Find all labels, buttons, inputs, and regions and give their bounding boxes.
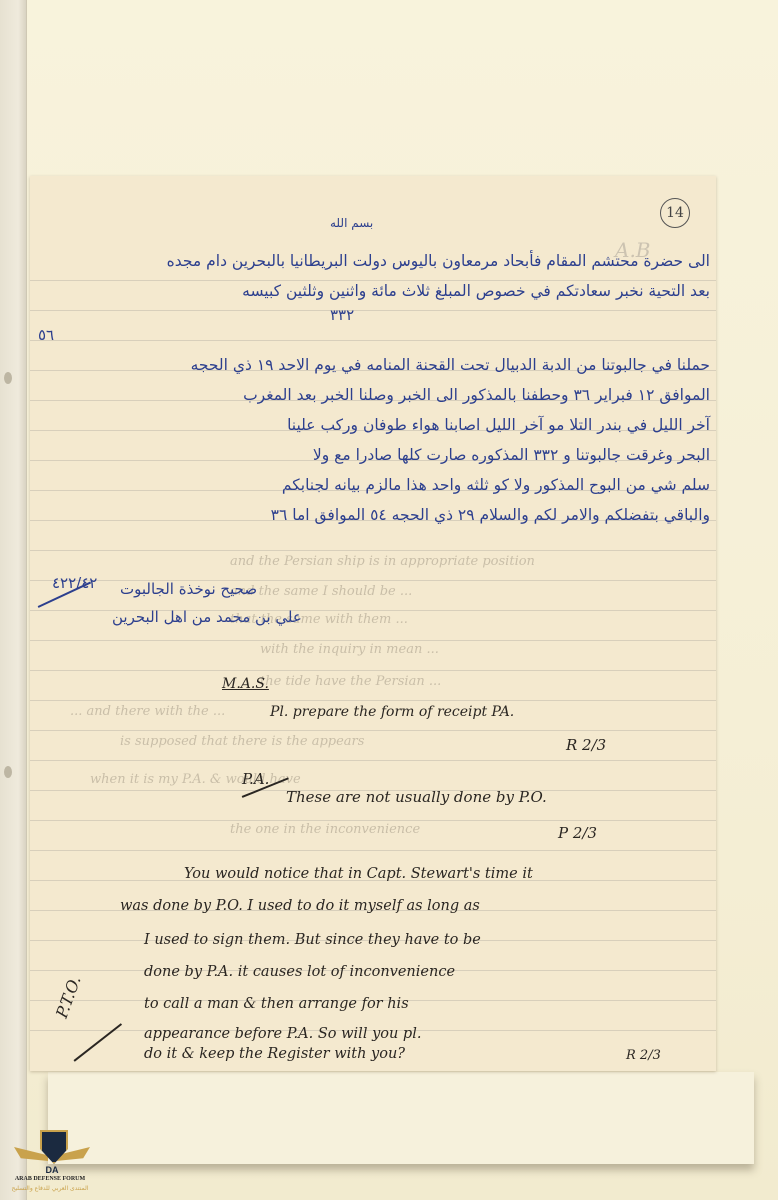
watermark-logo: DA ARAB DEFENSE FORUM المنتدى العربي للد… xyxy=(8,1125,92,1200)
minute-note: do it & keep the Register with you? xyxy=(144,1046,405,1062)
letter-line: حملنا في جالبوتنا من الدبة الدبيال تحت ا… xyxy=(191,356,710,374)
watermark-title: ARAB DEFENSE FORUM xyxy=(8,1176,92,1182)
minute-note: I used to sign them. But since they have… xyxy=(144,932,481,948)
rule-line xyxy=(30,820,716,821)
margin-figure: ٥٦ xyxy=(38,326,54,344)
watermark-subtitle: المنتدى العربي للدفاع والتسليح xyxy=(8,1185,92,1192)
rule-line xyxy=(30,700,716,701)
rule-line xyxy=(30,340,716,341)
pto-mark: P.T.O. xyxy=(52,973,85,1020)
amount-figure: ٣٣٢ xyxy=(330,306,354,324)
rule-line xyxy=(30,550,716,551)
minute-initials: P 2/3 xyxy=(558,824,597,842)
letter-sheet: and the Persian ship is in appropriate p… xyxy=(30,176,716,1071)
minute-initials: R 2/3 xyxy=(566,736,606,754)
punch-hole xyxy=(4,766,12,778)
minute-note: You would notice that in Capt. Stewart's… xyxy=(184,866,533,882)
minute-initials: M.A.S. xyxy=(222,676,269,692)
minute-note: appearance before P.A. So will you pl. xyxy=(144,1026,421,1042)
signature-line: علي بن محمد من اهل البحرين xyxy=(112,608,302,626)
letter-line: الى حضرة محتشم المقام فأبحاد مرمعاون بال… xyxy=(167,252,710,270)
letter-line: البحر وغرقت جالبوتنا و ٣٣٢ المذكوره صارت… xyxy=(313,446,710,464)
bleed-through-text: the one in the inconvenience xyxy=(230,822,420,837)
bleed-through-text: ... and there with the ... xyxy=(70,704,225,719)
minute-note: to call a man & then arrange for his xyxy=(144,996,409,1012)
letter-heading: بسم الله xyxy=(330,216,373,230)
minute-note: Pl. prepare the form of receipt PA. xyxy=(270,704,514,720)
minute-note-text: These are not usually done by P.O. xyxy=(286,788,547,806)
minute-note: was done by P.O. I used to do it myself … xyxy=(120,898,480,914)
rule-line xyxy=(30,310,716,311)
bleed-through-text: with the inquiry in mean ... xyxy=(260,642,439,657)
minute-note: These are not usually done by P.O. xyxy=(286,788,547,806)
binding-left-leaf xyxy=(0,0,27,1200)
rule-line xyxy=(30,850,716,851)
letter-line: سلم شي من البوح المذكور ولا كو ثلثه واحد… xyxy=(282,476,710,494)
minute-note: done by P.A. it causes lot of inconvenie… xyxy=(144,964,455,980)
bleed-through-text: and the same I should be ... xyxy=(230,584,412,599)
punch-hole xyxy=(4,372,12,384)
pto-stroke xyxy=(74,1023,122,1061)
rule-line xyxy=(30,730,716,731)
rule-line xyxy=(30,280,716,281)
rule-line xyxy=(30,670,716,671)
bleed-through-text: and the Persian ship is in appropriate p… xyxy=(230,554,535,569)
letter-line: والباقي بتفضلكم والامر لكم والسلام ٢٩ ذي… xyxy=(271,506,710,524)
underlying-sheet xyxy=(48,1072,754,1164)
rule-line xyxy=(30,640,716,641)
rule-line xyxy=(30,760,716,761)
signature-line: صحيح نوخذة الجالبوت xyxy=(120,580,257,598)
folio-number: 14 xyxy=(660,198,690,228)
letter-line: بعد التحية نخبر سعادتكم في خصوص المبلغ ث… xyxy=(242,282,710,300)
logo-emblem: DA xyxy=(40,1165,64,1175)
letter-line: الموافق ١٢ فبراير ٣٦ وحطفنا بالمذكور الى… xyxy=(243,386,710,404)
bleed-through-text: the tide have the Persian ... xyxy=(260,674,441,689)
bleed-through-text: is supposed that there is the appears xyxy=(120,734,364,749)
letter-line: آخر الليل في بندر التلا مو آخر الليل اصا… xyxy=(287,416,710,434)
minute-initials: R 2/3 xyxy=(626,1048,661,1063)
